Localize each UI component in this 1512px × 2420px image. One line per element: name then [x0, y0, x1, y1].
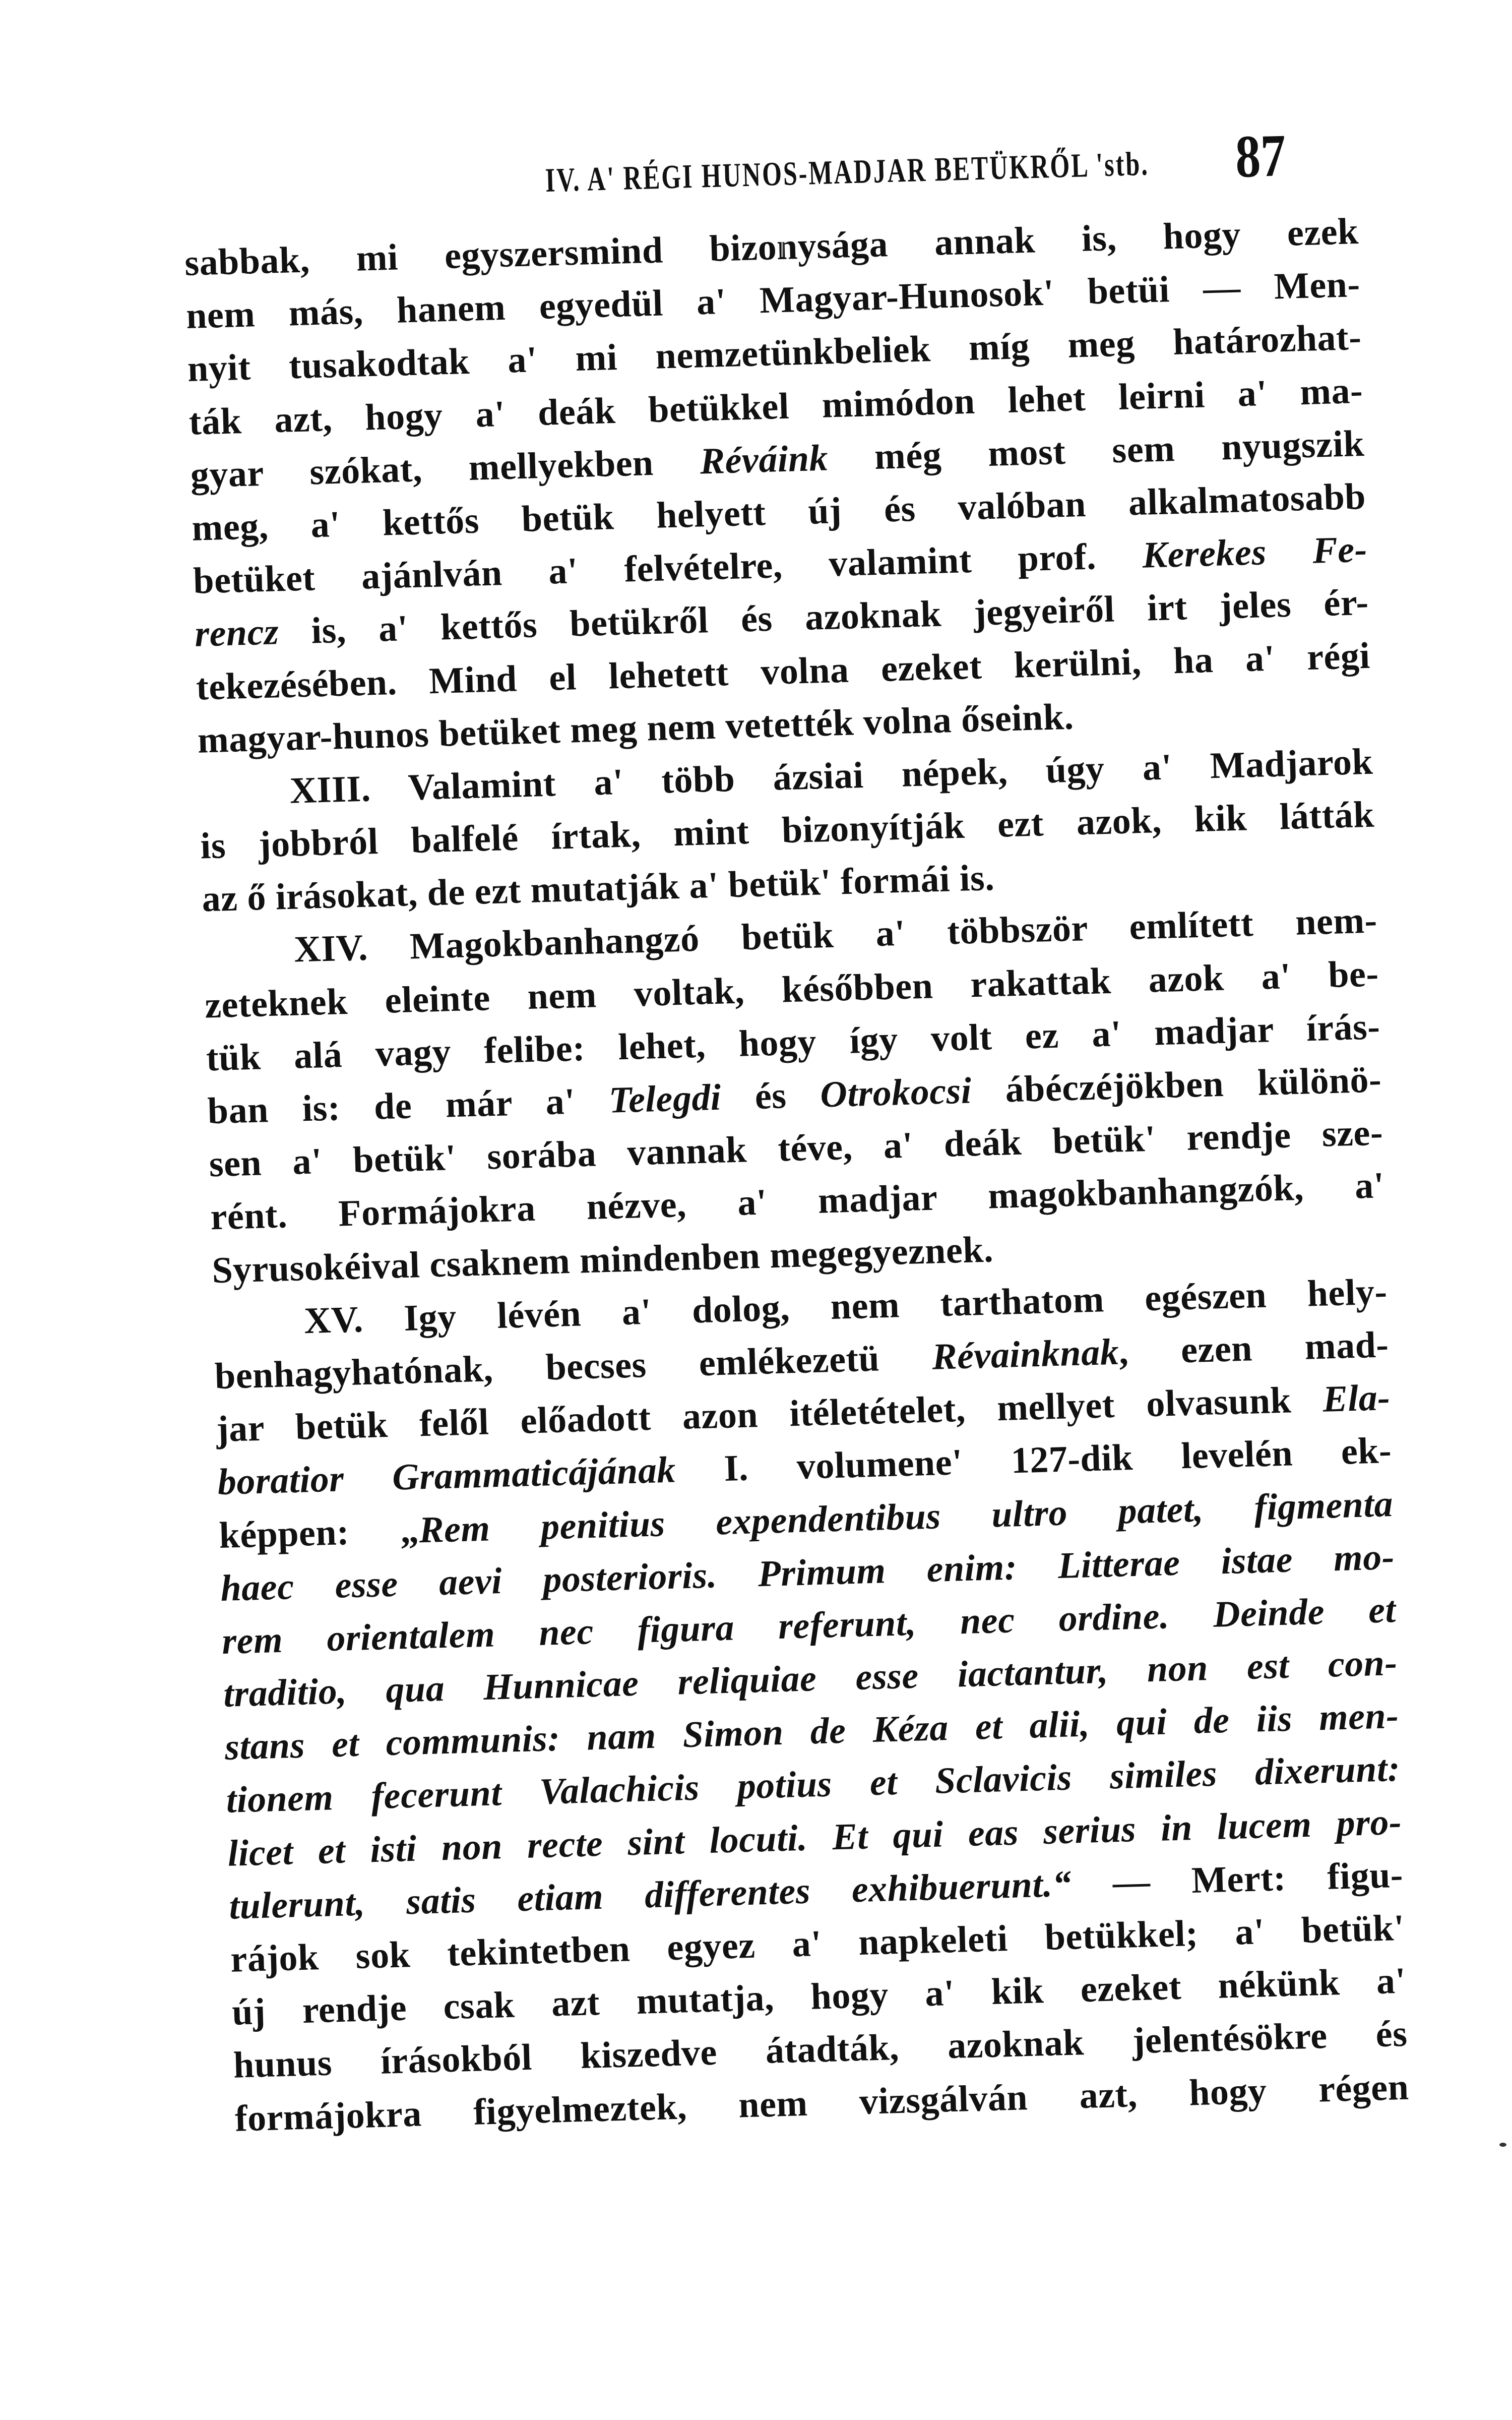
- text-segment: képpen: „: [219, 1509, 420, 1556]
- text-segment: ban is: de már a': [207, 1080, 609, 1132]
- scanned-book-page: IV. A' RÉGI HUNOS-MADJAR BETÜKRŐL 'stb. …: [0, 0, 1512, 2420]
- body-text: sabbak, mi egyszersmind bizonysága annak…: [184, 205, 1410, 2145]
- italic-title: Ela-: [1322, 1377, 1391, 1420]
- text-segment: még most sem nyugszik: [828, 423, 1365, 479]
- italic-name: Kerekes Fe-: [1142, 529, 1368, 576]
- text-segment: — Mert: figu-: [1071, 1854, 1404, 1905]
- text-segment: és: [721, 1074, 821, 1118]
- text-segment: gyar szókat, mellyekben: [190, 441, 701, 496]
- italic-name: Telegdi: [608, 1077, 722, 1121]
- italic-name: rencz: [194, 612, 279, 655]
- running-title: IV. A' RÉGI HUNOS-MADJAR BETÜKRŐL 'stb.: [545, 144, 1150, 200]
- text-segment: , ezen mad-: [1118, 1324, 1389, 1372]
- page-number: 87: [1234, 120, 1287, 192]
- italic-name: Réváink: [700, 437, 829, 482]
- italic-name: Otrokocsi: [820, 1070, 972, 1115]
- scan-speck: [781, 242, 783, 257]
- scan-speck: [1499, 2143, 1506, 2147]
- italic-name: Révainknak: [931, 1332, 1119, 1378]
- italic-title: boratior Grammaticájának: [217, 1449, 676, 1503]
- running-head: IV. A' RÉGI HUNOS-MADJAR BETÜKRŐL 'stb. …: [544, 125, 1327, 207]
- text-segment: ábéczéjökben különö-: [971, 1059, 1382, 1111]
